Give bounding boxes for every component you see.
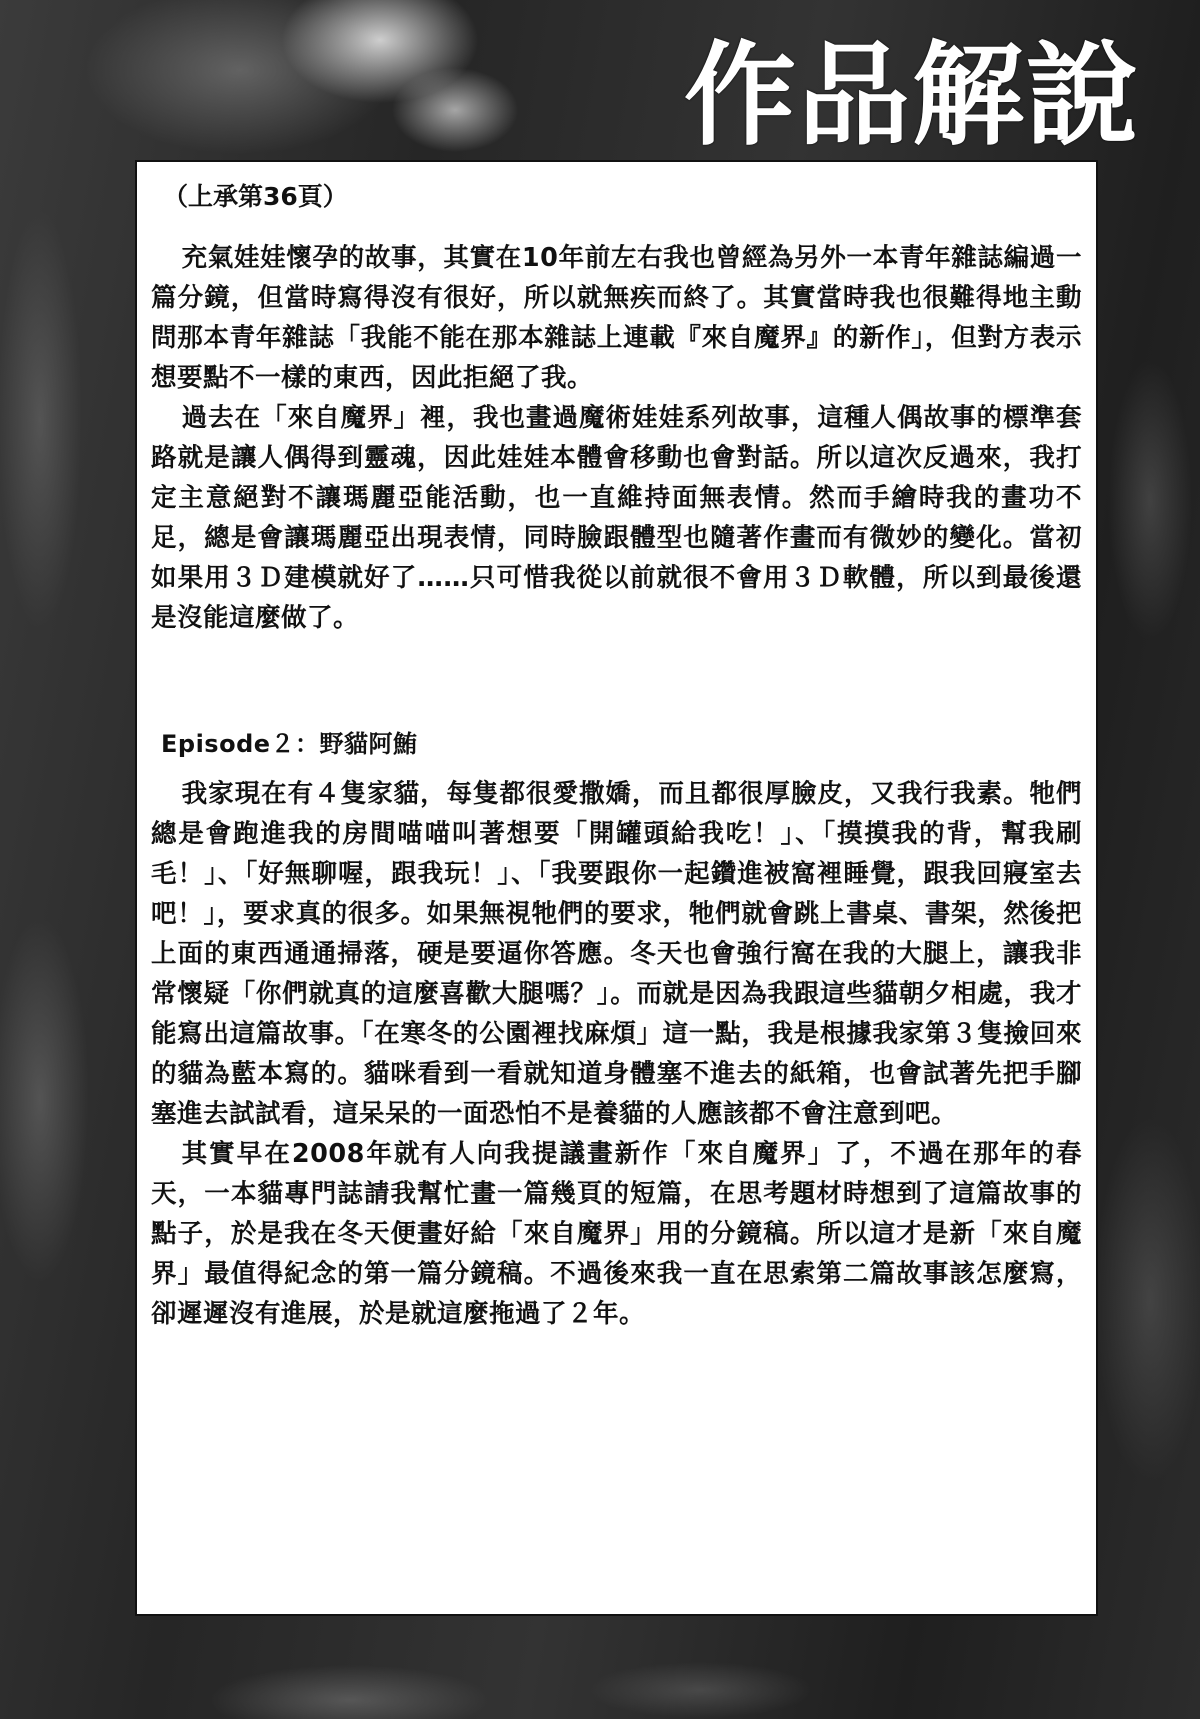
- continuation-note: （上承第36頁）: [163, 176, 1082, 218]
- commentary-text-panel: （上承第36頁） 充氣娃娃懷孕的故事，其實在10年前左右我也曾經為另外一本青年雜…: [135, 160, 1098, 1616]
- paragraph: 我家現在有４隻家貓，每隻都很愛撒嬌，而且都很厚臉皮，又我行我素。牠們總是會跑進我…: [151, 774, 1082, 1134]
- paragraph: 過去在「來自魔界」裡，我也畫過魔術娃娃系列故事，這種人偶故事的標準套路就是讓人偶…: [151, 398, 1082, 638]
- episode-heading: Episode２：野貓阿鮪: [161, 724, 1082, 764]
- page-title: 作品解說: [684, 40, 1140, 152]
- paragraph: 充氣娃娃懷孕的故事，其實在10年前左右我也曾經為另外一本青年雜誌編過一篇分鏡，但…: [151, 238, 1082, 398]
- paragraph: 其實早在2008年就有人向我提議畫新作「來自魔界」了，不過在那年的春天，一本貓專…: [151, 1134, 1082, 1334]
